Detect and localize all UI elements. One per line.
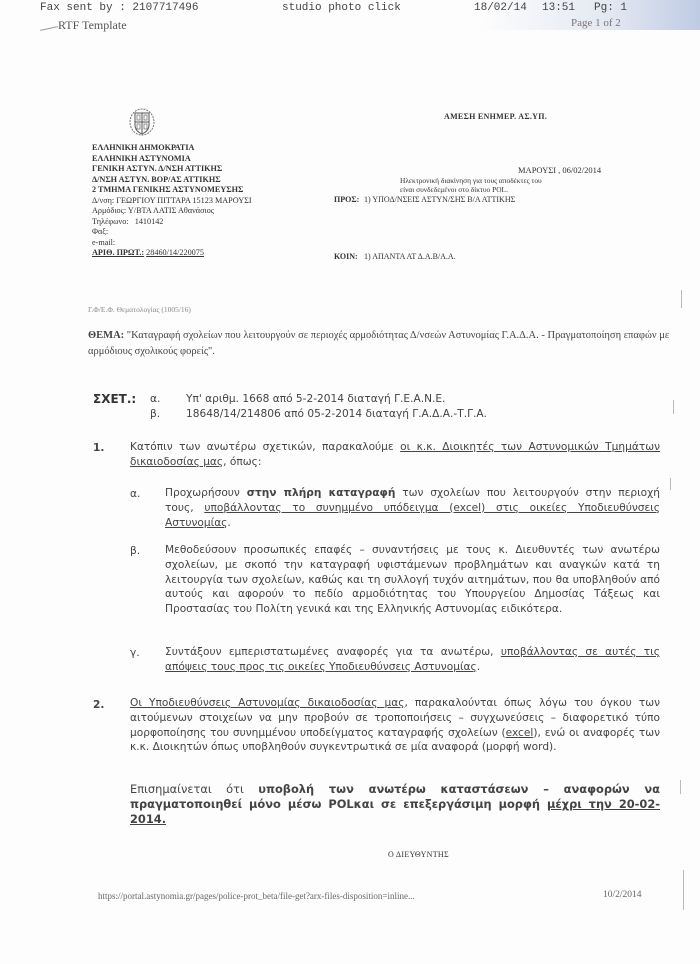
page-of-label: Page 1 of 2 xyxy=(571,17,621,29)
fax-studio: studio photo click xyxy=(282,2,401,14)
electronic-note-2: είναι συνδεδεμένοι στο δίκτυο POL. xyxy=(400,185,508,194)
item-marker: β. xyxy=(130,544,140,559)
koin-value: 1) ΑΠΑΝΤΑ ΑΤ Δ.Α.Β/Α.Α. xyxy=(364,252,456,261)
address: Δ/νση: ΓΕΩΡΓΙΟΥ ΠΙΤΤΑΡΑ 15123 ΜΑΡΟΥΣΙ xyxy=(92,196,252,207)
pros-value: 1) ΥΠΟΔ/ΝΣΕΙΣ ΑΣΤΥΝ/ΣΗΣ Β/Α ΑΤΤΙΚΗΣ xyxy=(364,195,515,204)
text: . xyxy=(227,517,230,529)
bold-text: και σε επεξεργάσιμη μορφή xyxy=(354,797,547,811)
subject-label: ΘΕΜΑ: xyxy=(88,330,124,341)
letterhead-line: ΕΛΛΗΝΙΚΗ ΑΣΤΥΝΟΜΙΑ xyxy=(92,154,252,165)
fax-date: 18/02/14 xyxy=(474,2,527,14)
signature-title: Ο ΔΙΕΥΘΥΝΤΗΣ xyxy=(388,850,449,859)
reference-marker: α. xyxy=(150,392,160,407)
text: , όπως: xyxy=(223,456,261,468)
letterhead: ΕΛΛΗΝΙΚΗ ΔΗΜΟΚΡΑΤΙΑ ΕΛΛΗΝΙΚΗ ΑΣΤΥΝΟΜΙΑ Γ… xyxy=(92,143,252,259)
electronic-note-1: Ηλεκτρονική διακίνηση για τους αποδέκτες… xyxy=(400,176,542,185)
fax-label: Φαξ: xyxy=(92,227,252,238)
paragraph-number: 1. xyxy=(93,441,104,456)
fax-time: 13:51 xyxy=(542,2,575,14)
gfef-reference: Γ.Φ/Ε.Φ. Θεματολογίας (1005/16) xyxy=(88,305,191,314)
text: Προχωρήσουν xyxy=(165,487,247,499)
text: Επισημαίνεται ότι xyxy=(130,782,258,796)
fax-page: Pg: 1 xyxy=(594,2,627,14)
letterhead-line: ΕΛΛΗΝΙΚΗ ΔΗΜΟΚΡΑΤΙΑ xyxy=(92,143,252,154)
email-label: e-mail: xyxy=(92,238,252,249)
reference-text: 18648/14/214806 από 05-2-2014 διαταγή Γ.… xyxy=(186,407,487,422)
scan-mark xyxy=(673,400,674,414)
text: Συντάξουν εμπεριστατωμένες αναφορές για … xyxy=(165,646,501,658)
letterhead-line: 2 ΤΜΗΜΑ ΓΕΝΙΚΗΣ ΑΣΤΥΝΟΜΕΥΣΗΣ xyxy=(92,185,252,196)
scan-mark xyxy=(681,290,682,308)
fax-sender: Fax sent by : 2107717496 xyxy=(40,2,198,14)
letterhead-line: Δ/ΝΣΗ ΑΣΤΥΝ. ΒΟΡ/ΑΣ ΑΤΤΙΚΗΣ xyxy=(92,175,252,186)
paragraph-1-intro: Κατόπιν των ανωτέρω σχετικών, παρακαλούμ… xyxy=(130,440,660,470)
submission-note: Επισημαίνεται ότι υποβολή των ανωτέρω κα… xyxy=(130,782,660,827)
koin-label: ΚΟΙΝ: xyxy=(334,252,358,261)
footer-date: 10/2/2014 xyxy=(603,890,642,900)
scan-mark xyxy=(40,26,58,31)
sxet-label: ΣΧΕΤ.: xyxy=(93,392,136,406)
pros-label: ΠΡΟΣ: xyxy=(334,195,359,204)
underlined-text: Οι Υποδιευθύνσεις Αστυνομίας δικαιοδοσία… xyxy=(130,697,404,709)
place-date: ΜΑΡΟΥΣΙ , 06/02/2014 xyxy=(518,165,601,175)
responsible-officer: Αρμόδιος: Υ/ΒΤΑ ΛΑΤΙΣ Αθανάσιος xyxy=(92,206,252,217)
scan-mark xyxy=(670,478,671,490)
paragraph-number: 2. xyxy=(93,698,104,713)
underlined-text: excel xyxy=(506,727,534,739)
underlined-text: υποβάλλοντας το συνημμένο υπόδειγμα (exc… xyxy=(165,502,660,529)
reference-marker: β. xyxy=(150,407,160,422)
scan-mark xyxy=(683,870,684,910)
paragraph-1-item-a: Προχωρήσουν στην πλήρη καταγραφή των σχο… xyxy=(165,486,660,530)
text: Κατόπιν των ανωτέρω σχετικών, παρακαλούμ… xyxy=(130,441,400,453)
protocol-row: ΑΡΙΘ. ΠΡΩΤ.: 28460/14/220075 xyxy=(92,248,252,259)
phone-label: Τηλέφωνο: xyxy=(92,217,129,226)
phone-value: 1410142 xyxy=(135,217,164,226)
item-marker: α. xyxy=(130,487,140,502)
rtf-template-label: RTF Template xyxy=(58,18,127,33)
references-label: ΣΧΕΤ.: xyxy=(93,392,136,408)
paragraph-1-item-b: Μεθοδεύσουν προσωπικές επαφές – συναντήσ… xyxy=(165,543,660,617)
item-marker: γ. xyxy=(130,646,140,661)
text: . xyxy=(477,661,480,673)
subject: ΘΕΜΑ: "Καταγραφή σχολείων που λειτουργού… xyxy=(88,328,678,360)
greek-emblem-icon xyxy=(128,107,156,139)
priority-label: ΑΜΕΣΗ ΕΝΗΜΕΡ. ΑΣ.ΥΠ. xyxy=(444,112,547,121)
bold-text: στην πλήρη καταγραφή xyxy=(247,487,396,499)
protocol-number: 28460/14/220075 xyxy=(146,248,204,257)
paragraph-2: Οι Υποδιευθύνσεις Αστυνομίας δικαιοδοσία… xyxy=(130,696,660,755)
phone-row: Τηλέφωνο: 1410142 xyxy=(92,217,252,228)
subject-text: "Καταγραφή σχολείων που λειτουργούν σε π… xyxy=(88,330,669,357)
paragraph-1-item-c: Συντάξουν εμπεριστατωμένες αναφορές για … xyxy=(165,645,660,675)
protocol-label: ΑΡΙΘ. ΠΡΩΤ.: xyxy=(92,248,144,257)
reference-text: Υπ' αριθμ. 1668 από 5-2-2014 διαταγή Γ.Ε… xyxy=(186,392,445,407)
letterhead-line: ΓΕΝΙΚΗ ΑΣΤΥΝ. Δ/ΝΣΗ ΑΤΤΙΚΗΣ xyxy=(92,164,252,175)
footer-url: https://portal.astynomia.gr/pages/police… xyxy=(98,891,415,901)
scan-mark xyxy=(680,780,681,794)
